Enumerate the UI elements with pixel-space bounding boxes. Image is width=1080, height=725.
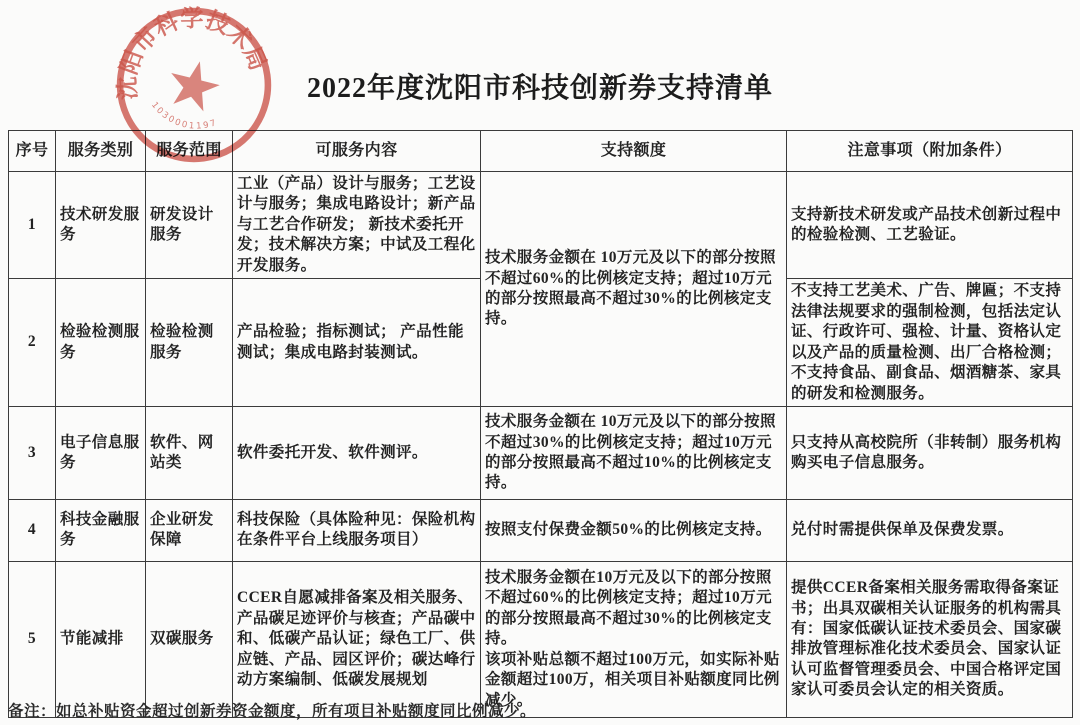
- cell-support: 按照支付保费金额50%的比例核定支持。: [481, 499, 787, 561]
- col-header-notes: 注意事项（附加条件）: [787, 131, 1073, 172]
- cell-notes: 不支持工艺美术、广告、牌匾；不支持法律法规要求的强制检测，包括法定认证、行政许可…: [787, 279, 1073, 407]
- cell-no: 1: [9, 172, 56, 279]
- cell-notes: 提供CCER备案相关服务需取得备案证书；出具双碳相关认证服务的机构需具有：国家低…: [787, 561, 1073, 717]
- cell-category: 电子信息服务: [56, 406, 146, 499]
- col-header-scope: 服务范围: [146, 131, 233, 172]
- cell-content: 科技保险（具体险种见：保险机构在条件平台上线服务项目）: [233, 499, 481, 561]
- cell-category: 技术研发服务: [56, 172, 146, 279]
- cell-category: 科技金融服务: [56, 499, 146, 561]
- cell-no: 5: [9, 561, 56, 717]
- cell-category: 检验检测服务: [56, 279, 146, 407]
- col-header-support: 支持额度: [481, 131, 787, 172]
- table-row: 5 节能减排 双碳服务 CCER自愿减排备案及相关服务、产品碳足迹评价与核查；产…: [9, 561, 1073, 717]
- cell-no: 2: [9, 279, 56, 407]
- header-row: 序号 服务类别 服务范围 可服务内容 支持额度 注意事项（附加条件）: [9, 131, 1073, 172]
- col-header-category: 服务类别: [56, 131, 146, 172]
- col-header-content: 可服务内容: [233, 131, 481, 172]
- table-row: 1 技术研发服务 研发设计服务 工业（产品）设计与服务；工艺设计与服务；集成电路…: [9, 172, 1073, 279]
- cell-no: 3: [9, 406, 56, 499]
- cell-category: 节能减排: [56, 561, 146, 717]
- page-title: 2022年度沈阳市科技创新券支持清单: [0, 66, 1080, 106]
- cell-support-merged: 技术服务金额在 10万元及以下的部分按照不超过60%的比例核定支持；超过10万元…: [481, 172, 787, 407]
- table-row: 4 科技金融服务 企业研发保障 科技保险（具体险种见：保险机构在条件平台上线服务…: [9, 499, 1073, 561]
- cell-scope: 双碳服务: [146, 561, 233, 717]
- cell-scope: 检验检测服务: [146, 279, 233, 407]
- cell-content: 产品检验；指标测试； 产品性能测试；集成电路封装测试。: [233, 279, 481, 407]
- cell-content: 工业（产品）设计与服务；工艺设计与服务；集成电路设计；新产品与工艺合作研发； 新…: [233, 172, 481, 279]
- footnote: 备注：如总补贴资金超过创新券资金额度，所有项目补贴额度同比例减少。: [8, 699, 1008, 721]
- cell-notes: 兑付时需提供保单及保费发票。: [787, 499, 1073, 561]
- cell-scope: 研发设计服务: [146, 172, 233, 279]
- cell-scope: 企业研发保障: [146, 499, 233, 561]
- cell-notes: 支持新技术研发或产品技术创新过程中的检验检测、工艺验证。: [787, 172, 1073, 279]
- cell-support: 技术服务金额在 10万元及以下的部分按照不超过30%的比例核定支持；超过10万元…: [481, 406, 787, 499]
- support-list-table: 序号 服务类别 服务范围 可服务内容 支持额度 注意事项（附加条件） 1 技术研…: [8, 130, 1073, 718]
- document-page: 2022年度沈阳市科技创新券支持清单 沈阳市科学技术局 1030001197 序…: [0, 0, 1080, 725]
- cell-support: 技术服务金额在10万元及以下的部分按照不超过60%的比例核定支持；超过10万元的…: [481, 561, 787, 717]
- cell-no: 4: [9, 499, 56, 561]
- cell-scope: 软件、网站类: [146, 406, 233, 499]
- col-header-no: 序号: [9, 131, 56, 172]
- table-row: 3 电子信息服务 软件、网站类 软件委托开发、软件测评。 技术服务金额在 10万…: [9, 406, 1073, 499]
- cell-notes: 只支持从高校院所（非转制）服务机构购买电子信息服务。: [787, 406, 1073, 499]
- cell-content: CCER自愿减排备案及相关服务、产品碳足迹评价与核查；产品碳中和、低碳产品认证；…: [233, 561, 481, 717]
- cell-content: 软件委托开发、软件测评。: [233, 406, 481, 499]
